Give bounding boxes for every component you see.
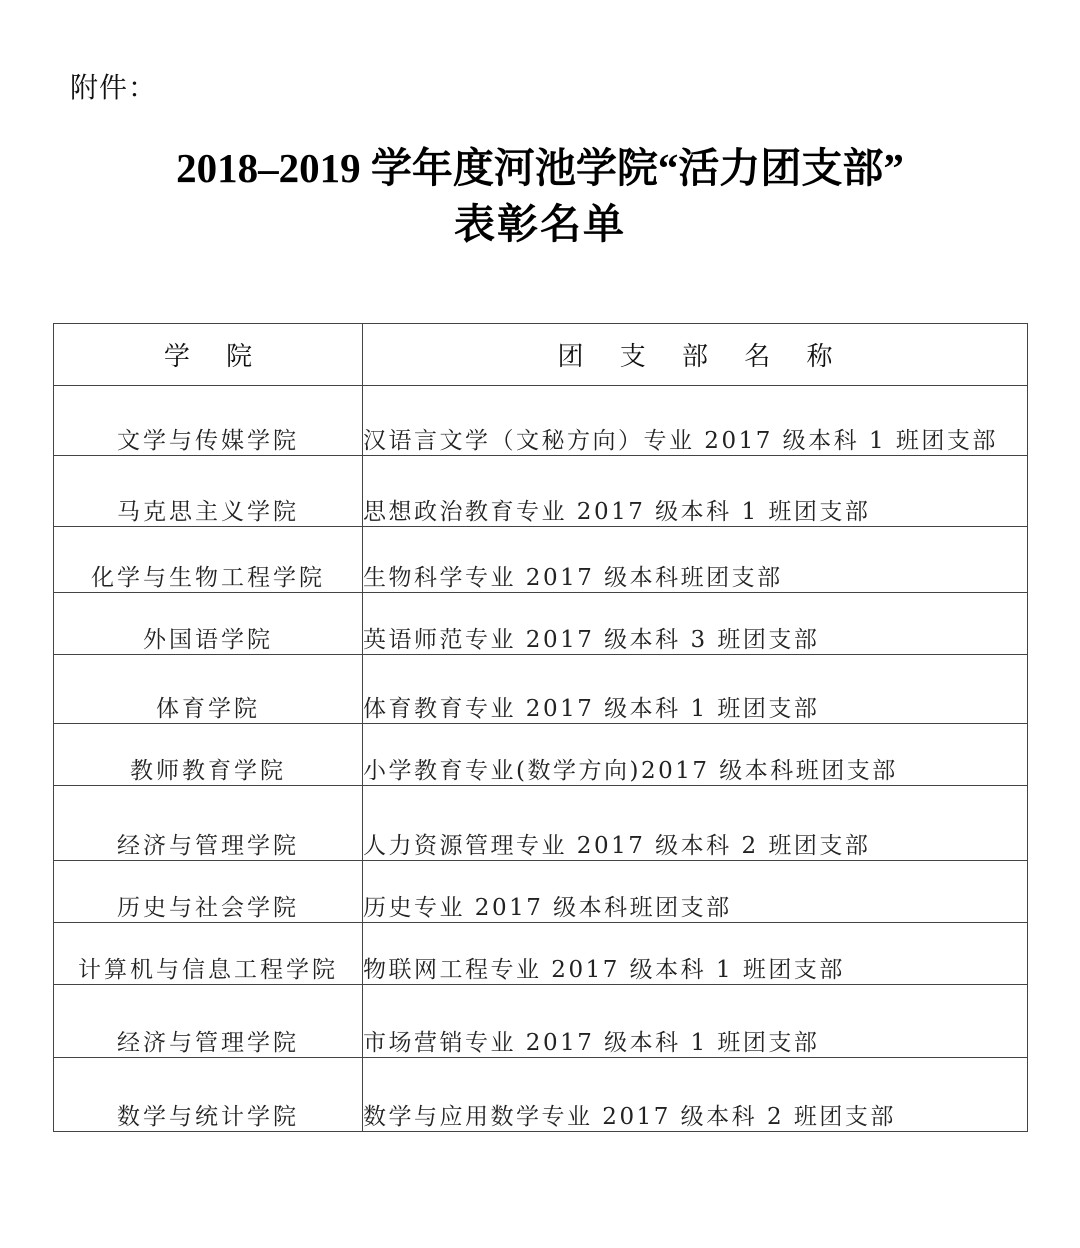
branch-cell: 数学与应用数学专业 2017 级本科 2 班团支部 xyxy=(363,1058,1028,1132)
table-row: 马克思主义学院思想政治教育专业 2017 级本科 1 班团支部 xyxy=(54,456,1028,527)
title-line-1: 2018–2019 学年度河池学院“活力团支部” xyxy=(0,140,1080,196)
table-row: 化学与生物工程学院生物科学专业 2017 级本科班团支部 xyxy=(54,527,1028,593)
branch-cell: 英语师范专业 2017 级本科 3 班团支部 xyxy=(363,593,1028,655)
branch-cell: 市场营销专业 2017 级本科 1 班团支部 xyxy=(363,985,1028,1058)
branch-cell: 人力资源管理专业 2017 级本科 2 班团支部 xyxy=(363,786,1028,861)
college-cell: 经济与管理学院 xyxy=(54,786,363,861)
header-branch: 团 支 部 名 称 xyxy=(363,324,1028,386)
table-row: 计算机与信息工程学院物联网工程专业 2017 级本科 1 班团支部 xyxy=(54,923,1028,985)
college-cell: 计算机与信息工程学院 xyxy=(54,923,363,985)
college-cell: 马克思主义学院 xyxy=(54,456,363,527)
branch-cell: 物联网工程专业 2017 级本科 1 班团支部 xyxy=(363,923,1028,985)
table-row: 外国语学院英语师范专业 2017 级本科 3 班团支部 xyxy=(54,593,1028,655)
branch-cell: 小学教育专业(数学方向)2017 级本科班团支部 xyxy=(363,724,1028,786)
table-row: 历史与社会学院历史专业 2017 级本科班团支部 xyxy=(54,861,1028,923)
college-cell: 教师教育学院 xyxy=(54,724,363,786)
table-row: 经济与管理学院人力资源管理专业 2017 级本科 2 班团支部 xyxy=(54,786,1028,861)
branch-cell: 汉语言文学（文秘方向）专业 2017 级本科 1 班团支部 xyxy=(363,386,1028,456)
branch-cell: 思想政治教育专业 2017 级本科 1 班团支部 xyxy=(363,456,1028,527)
branch-cell: 生物科学专业 2017 级本科班团支部 xyxy=(363,527,1028,593)
table-header-row: 学 院 团 支 部 名 称 xyxy=(54,324,1028,386)
branch-cell: 历史专业 2017 级本科班团支部 xyxy=(363,861,1028,923)
college-cell: 经济与管理学院 xyxy=(54,985,363,1058)
title-line-2: 表彰名单 xyxy=(0,196,1080,252)
table-body: 文学与传媒学院汉语言文学（文秘方向）专业 2017 级本科 1 班团支部 马克思… xyxy=(54,386,1028,1132)
table-row: 经济与管理学院市场营销专业 2017 级本科 1 班团支部 xyxy=(54,985,1028,1058)
attachment-label: 附件： xyxy=(70,68,157,108)
header-college-label: 学 院 xyxy=(150,342,266,372)
table-row: 文学与传媒学院汉语言文学（文秘方向）专业 2017 级本科 1 班团支部 xyxy=(54,386,1028,456)
college-cell: 化学与生物工程学院 xyxy=(54,527,363,593)
document-title: 2018–2019 学年度河池学院“活力团支部” 表彰名单 xyxy=(0,140,1080,252)
honor-list-table: 学 院 团 支 部 名 称 文学与传媒学院汉语言文学（文秘方向）专业 2017 … xyxy=(53,323,1028,1132)
college-cell: 体育学院 xyxy=(54,655,363,724)
header-branch-label: 团 支 部 名 称 xyxy=(543,342,846,372)
table-row: 数学与统计学院数学与应用数学专业 2017 级本科 2 班团支部 xyxy=(54,1058,1028,1132)
header-college: 学 院 xyxy=(54,324,363,386)
college-cell: 历史与社会学院 xyxy=(54,861,363,923)
college-cell: 外国语学院 xyxy=(54,593,363,655)
branch-cell: 体育教育专业 2017 级本科 1 班团支部 xyxy=(363,655,1028,724)
table-row: 教师教育学院小学教育专业(数学方向)2017 级本科班团支部 xyxy=(54,724,1028,786)
college-cell: 数学与统计学院 xyxy=(54,1058,363,1132)
table-row: 体育学院体育教育专业 2017 级本科 1 班团支部 xyxy=(54,655,1028,724)
college-cell: 文学与传媒学院 xyxy=(54,386,363,456)
